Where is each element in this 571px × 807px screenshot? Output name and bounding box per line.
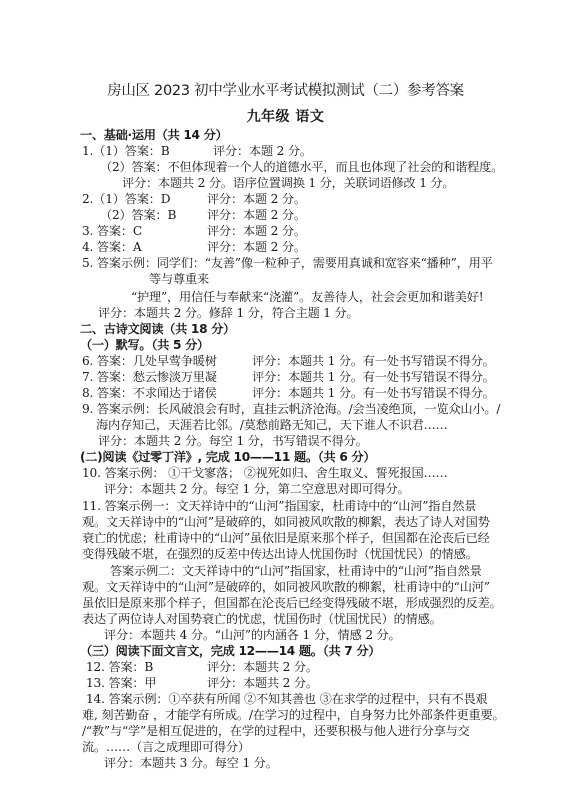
- q2-2-answer: （2）答案：B: [100, 207, 176, 223]
- q5-answer-line-2: 等与尊重来: [149, 271, 209, 287]
- subsection-heading-dictation: （一）默写。（共 5 分）: [80, 337, 209, 353]
- q9-answer-line-1: 9. 答案示例：长风破浪会有时，直挂云帆济沧海。/会当凌绝顶，一览众山小。/: [82, 401, 500, 417]
- q10-answer: 10. 答案示例： ①干戈寥落； ②视死如归、舍生取义、誓死报国……: [82, 465, 447, 481]
- q14-answer-line-2: 难, 刻苦勤奋 ，才能学有所成。/在学习的过程中，自身努力比外部条件更重要。: [82, 707, 505, 723]
- subsection-heading-classical-prose: （三）阅读下面文言文，完成 12——14 题。（共 7 分）: [80, 643, 380, 659]
- q9-score: 评分：本题共 2 分。每空 1 分，书写错误不得分。: [98, 433, 368, 449]
- document-title: 房山区 2023 初中学业水平考试模拟测试（二）参考答案: [0, 79, 571, 100]
- q4-answer: 4. 答案：A: [82, 239, 141, 255]
- q1-2-score: 评分：本题共 2 分。语序位置调换 1 分，关联词语修改 1 分。: [122, 175, 454, 191]
- q6-answer: 6. 答案：几处早莺争暖树: [82, 353, 217, 369]
- q1-1-score: 评分：本题 2 分。: [213, 143, 312, 159]
- q13-answer: 13. 答案：甲: [86, 675, 156, 691]
- q14-answer-line-4: 流。……（言之成理即可得分）: [82, 739, 250, 755]
- q11-score: 评分：本题共 4 分。“山河”的内涵各 1 分，情感 2 分。: [104, 627, 401, 643]
- q12-answer: 12. 答案：B: [86, 659, 153, 675]
- q14-answer-line-3: /“教”与“学”是相互促进的，在学的过程中，还要积极与他人进行分享与交: [82, 723, 470, 739]
- q11-answer-line-7: 虽依旧是原来那个样子，但国都在沦丧后已经变得残破不堪，形成强烈的反差。: [82, 595, 502, 611]
- q10-score: 评分：本题共 2 分。每空 1 分，第二空意思对即可得分。: [104, 481, 410, 497]
- subsection-heading-poem-reading: (二)阅读《过零丁洋》, 完成 10——11 题。（共 6 分）: [80, 449, 375, 465]
- q14-answer-line-1: 14. 答案示例：①卒获有所闻 ②不知其善也 ③在求学的过程中，只有不畏艰: [86, 691, 487, 707]
- q11-answer-line-4: 变得残破不堪，在强烈的反差中传达出诗人忧国伤时（忧国忧民）的情感。: [82, 546, 478, 562]
- q11-answer-line-8: 表达了两位诗人对国势衰亡的忧虑，忧国伤时（忧国忧民）的情感。: [82, 611, 442, 627]
- q1-2-answer: （2）答案：不但体现着一个人的道德水平，而且也体现了社会的和谐程度。: [100, 159, 503, 175]
- q5-answer-line-1: 5. 答案示例：同学们：“友善”像一粒种子，需要用真诚和宽容来“播种”，用平: [82, 255, 493, 271]
- q2-1-score: 评分：本题 2 分。: [207, 191, 306, 207]
- q9-answer-line-2: 海内存知己，天涯若比邻。/莫愁前路无知己，天下谁人不识君……: [96, 417, 448, 433]
- q2-2-score: 评分：本题 2 分。: [207, 207, 306, 223]
- q11-answer-line-1: 11. 答案示例一：文天祥诗中的“山河”指国家，杜甫诗中的“山河”指自然景: [82, 498, 476, 514]
- section-heading-basics: 一、基础·运用（共 14 分）: [80, 127, 227, 143]
- q3-score: 评分：本题 2 分。: [207, 223, 306, 239]
- q1-1-answer: 1.（1）答案：B: [82, 143, 169, 159]
- q5-answer-line-3: “护理”，用信任与奉献来“浇灌”。友善待人，社会会更加和谐美好!: [131, 289, 483, 305]
- q4-score: 评分：本题 2 分。: [207, 239, 306, 255]
- q14-score: 评分：本题共 3 分。每空 1 分。: [104, 755, 278, 771]
- q12-score: 评分：本题共 2 分。: [207, 659, 318, 675]
- section-heading-classical-reading: 二、古诗文阅读（共 18 分）: [80, 321, 235, 337]
- q7-score: 评分：本题共 1 分。有一处书写错误不得分。: [252, 369, 495, 385]
- q11-answer-line-2: 观。文天祥诗中的“山河”是破碎的，如同被风吹散的柳絮，表达了诗人对国势: [82, 514, 490, 530]
- q13-score: 评分：本题共 2 分。: [207, 675, 318, 691]
- q3-answer: 3. 答案：C: [82, 223, 142, 239]
- document-subtitle: 九年级 语文: [0, 106, 571, 126]
- q5-score: 评分：本题共 2 分。修辞 1 分，符合主题 1 分。: [98, 305, 358, 321]
- document-page: 房山区 2023 初中学业水平考试模拟测试（二）参考答案 九年级 语文 一、基础…: [0, 0, 571, 807]
- q11-answer-line-5: 答案示例二：文天祥诗中的“山河”指国家，杜甫诗中的“山河”指自然景: [110, 563, 482, 579]
- q6-score: 评分：本题共 1 分。有一处书写错误不得分。: [252, 353, 495, 369]
- q11-answer-line-6: 观。文天祥诗中的“山河”是破碎的，如同被风吹散的柳絮，杜甫诗中的“山河”: [82, 579, 490, 595]
- q8-score: 评分：本题共 1 分。有一处书写错误不得分。: [252, 385, 495, 401]
- q8-answer: 8. 答案：不求闻达于诸侯: [82, 385, 217, 401]
- q2-1-answer: 2.（1）答案：D: [82, 191, 170, 207]
- q11-answer-line-3: 衰亡的忧虑；杜甫诗中的“山河”虽依旧是原来那个样子，但国都在沦丧后已经: [82, 530, 490, 546]
- q7-answer: 7. 答案：愁云惨淡万里凝: [82, 369, 217, 385]
